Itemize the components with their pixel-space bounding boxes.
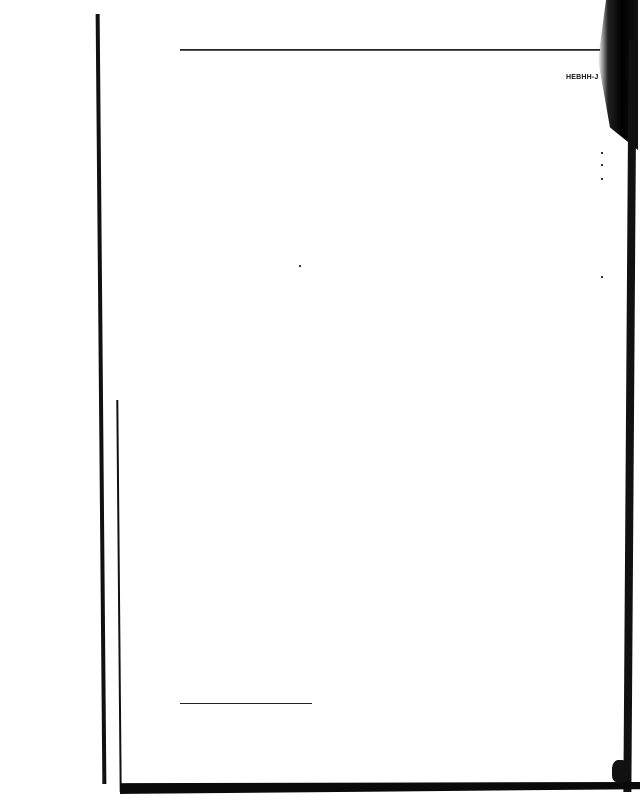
page-right-edge bbox=[623, 40, 636, 792]
scanned-page: HEBHH-J bbox=[0, 0, 644, 808]
scan-speck bbox=[601, 152, 603, 154]
header-rule bbox=[180, 49, 600, 51]
footnote-rule bbox=[180, 703, 312, 704]
running-header: HEBHH-J bbox=[566, 74, 599, 81]
scan-speck bbox=[601, 178, 603, 180]
page-left-edge bbox=[96, 14, 107, 784]
scan-speck bbox=[601, 276, 603, 278]
page-inner-left-edge bbox=[116, 400, 121, 792]
scan-speck bbox=[601, 164, 603, 166]
scan-smudge-bottom-right bbox=[612, 760, 628, 782]
scan-speck bbox=[299, 265, 301, 267]
page-bottom-edge bbox=[120, 782, 640, 794]
